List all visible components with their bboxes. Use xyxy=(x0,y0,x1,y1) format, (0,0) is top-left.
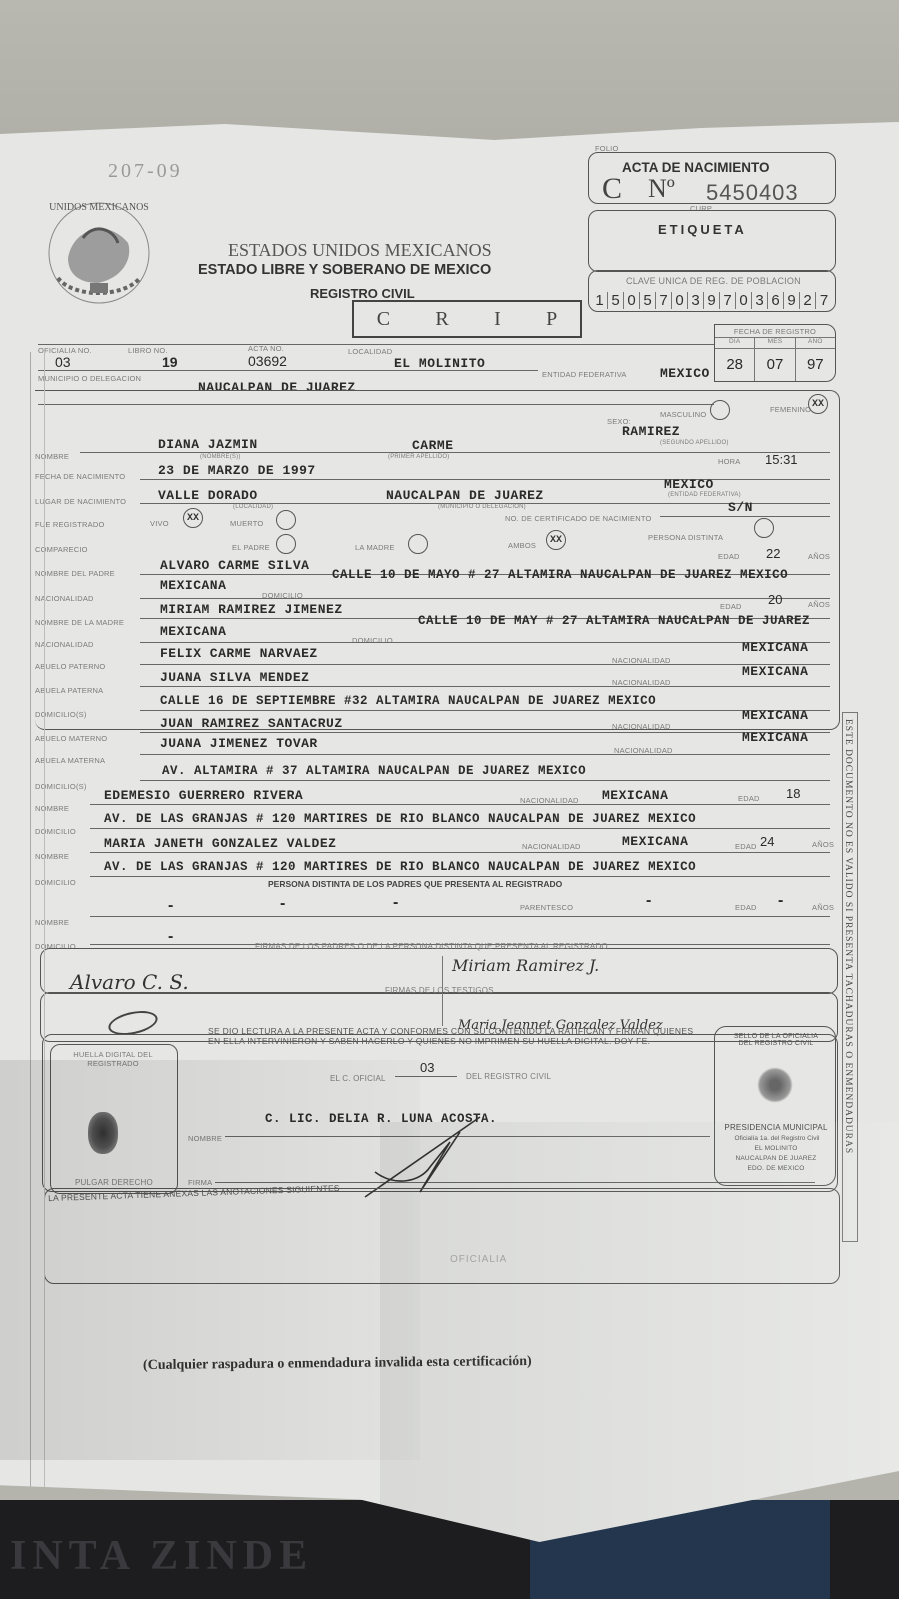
el-padre-checkbox[interactable] xyxy=(276,534,296,554)
mexican-coat-of-arms-icon: UNIDOS MEXICANOS xyxy=(38,188,160,318)
clave-digit: 5 xyxy=(640,292,656,309)
parentesco-empty: - xyxy=(646,892,651,910)
madre-domicilio-value: CALLE 10 DE MAY # 27 ALTAMIRA NAUCALPAN … xyxy=(418,614,810,628)
persona-distinta-nombre-empty: - xyxy=(280,895,285,913)
testigo1-edad-value: 18 xyxy=(786,786,800,801)
underline xyxy=(660,516,830,517)
la-madre-label: LA MADRE xyxy=(355,543,395,552)
crip-letter: R xyxy=(435,308,448,331)
testigo2-edad-value: 24 xyxy=(760,834,774,849)
sello-line5: EDO. DE MEXICO xyxy=(715,1165,837,1172)
abuela-materna-nacionalidad-value: MEXICANA xyxy=(742,730,808,745)
firmas-testigos-label: FIRMAS DE LOS TESTIGOS xyxy=(385,986,494,995)
testigo2-nombre-label: NOMBRE xyxy=(35,852,69,861)
madre-firma: Miriam Ramirez J. xyxy=(452,956,599,975)
clave-digit: 7 xyxy=(656,292,672,309)
nombres-caption: (NOMBRE(S)) xyxy=(200,454,241,460)
domicilio-paternos-value: CALLE 16 DE SEPTIEMBRE #32 ALTAMIRA NAUC… xyxy=(160,694,656,708)
divider xyxy=(38,370,538,371)
etiqueta-label: ETIQUETA xyxy=(658,222,747,237)
persona-distinta-label: PERSONA DISTINTA xyxy=(648,533,723,542)
testigo1-nombre-label: NOMBRE xyxy=(35,804,69,813)
localidad-value: EL MOLINITO xyxy=(394,356,485,371)
segundo-apellido-value: RAMIREZ xyxy=(622,424,680,439)
femenino-label: FEMENINO xyxy=(770,405,811,414)
sello-emblem-icon xyxy=(757,1067,793,1103)
abuelo-materno-label: ABUELO MATERNO xyxy=(35,734,107,743)
la-madre-checkbox[interactable] xyxy=(408,534,428,554)
libro-value: 19 xyxy=(162,354,178,370)
header-country: ESTADOS UNIDOS MEXICANOS xyxy=(228,240,492,261)
certificado-value: S/N xyxy=(728,500,753,515)
clave-digit: 7 xyxy=(720,292,736,309)
padre-domicilio-value: CALLE 10 DE MAYO # 27 ALTAMIRA NAUCALPAN… xyxy=(332,568,788,582)
side-validity-note: ESTE DOCUMENTO NO ES VALIDO SI PRESENTA … xyxy=(842,712,858,1242)
persona-distinta-edad-empty: - xyxy=(778,892,783,910)
crip-box: C R I P xyxy=(352,300,582,338)
testigo2-nacionalidad-value: MEXICANA xyxy=(622,834,688,849)
divider xyxy=(38,344,714,345)
certificado-label: No. DE CERTIFICADO DE NACIMIENTO xyxy=(505,514,652,523)
abuela-paterna-nacionalidad-value: MEXICANA xyxy=(742,664,808,679)
lugar-localidad-value: VALLE DORADO xyxy=(158,488,258,503)
acta-title: ACTA DE NACIMIENTO xyxy=(622,160,770,175)
clave-digit: 1 xyxy=(592,292,608,309)
abuela-paterna-value: JUANA SILVA MENDEZ xyxy=(160,670,309,685)
sello-oficial-stamp: SELLO DE LA OFICIALIA DEL REGISTRO CIVIL… xyxy=(714,1026,836,1186)
abuelo-paterno-value: FELIX CARME NARVAEZ xyxy=(160,646,318,661)
sello-top-text: SELLO DE LA OFICIALIA DEL REGISTRO CIVIL xyxy=(731,1033,821,1047)
underline xyxy=(90,916,830,917)
mes-value: 07 xyxy=(755,349,795,381)
madre-nacionalidad-value: MEXICANA xyxy=(160,624,226,639)
crip-letter: P xyxy=(546,308,557,331)
sello-line3: EL MOLINITO xyxy=(715,1145,837,1152)
lugar-localidad-caption: (LOCALIDAD) xyxy=(233,504,273,510)
persona-distinta-checkbox[interactable] xyxy=(754,518,774,538)
shadow-overlay xyxy=(0,1060,420,1460)
padre-label: NOMBRE DEL PADRE xyxy=(35,569,115,578)
abuelo-materno-nacionalidad-value: MEXICANA xyxy=(742,708,808,723)
persona-distinta-anos-label: AÑOS xyxy=(812,903,834,912)
underline xyxy=(140,686,830,687)
abuelo-materno-value: JUAN RAMIREZ SANTACRUZ xyxy=(160,716,343,731)
svg-text:UNIDOS MEXICANOS: UNIDOS MEXICANOS xyxy=(49,202,149,213)
primer-apellido-caption: (PRIMER APELLIDO) xyxy=(388,454,449,460)
testigo2-domicilio-label: DOMICILIO xyxy=(35,878,76,887)
dia-label: DIA xyxy=(715,338,755,348)
el-padre-label: EL PADRE xyxy=(232,543,270,552)
underline xyxy=(140,732,830,733)
testigo2-nacionalidad-label: NACIONALIDAD xyxy=(522,842,581,851)
crip-letter: C xyxy=(377,308,390,331)
entidad-label: ENTIDAD FEDERATIVA xyxy=(542,370,627,379)
padre-edad-value: 22 xyxy=(766,546,780,561)
underline xyxy=(140,754,830,755)
acta-number-label: Nº xyxy=(648,174,675,204)
lugar-entidad-caption: (ENTIDAD FEDERATIVA) xyxy=(668,492,741,498)
padre-value: ALVARO CARME SILVA xyxy=(160,558,309,573)
clave-digit: 2 xyxy=(800,292,816,309)
localidad-label: LOCALIDAD xyxy=(348,347,392,356)
folio-stamp: 207-09 xyxy=(108,160,183,183)
sello-line1: PRESIDENCIA MUNICIPAL xyxy=(709,1123,843,1132)
underline xyxy=(140,710,830,711)
clave-digit: 5 xyxy=(608,292,624,309)
clave-digit: 6 xyxy=(768,292,784,309)
underline xyxy=(140,780,830,781)
ano-value: 97 xyxy=(796,349,835,381)
madre-anos-label: AÑOS xyxy=(808,600,830,609)
abuela-materna-label: ABUELA MATERNA xyxy=(35,756,105,765)
femenino-checkbox[interactable]: XX xyxy=(808,394,828,414)
primer-apellido-value: CARME xyxy=(412,438,454,453)
oficial-suffix: DEL REGISTRO CIVIL xyxy=(466,1072,551,1081)
parentesco-label: PARENTESCO xyxy=(520,903,573,912)
madre-label: NOMBRE DE LA MADRE xyxy=(35,618,124,627)
masculino-label: MASCULINO xyxy=(660,410,706,419)
abuelo-materno-nacionalidad-label: NACIONALIDAD xyxy=(612,722,671,731)
testigo2-edad-label: EDAD xyxy=(735,842,757,851)
dia-value: 28 xyxy=(715,349,755,381)
padre-nacionalidad-value: MEXICANA xyxy=(160,578,226,593)
curp-clave-digits: 1 5 0 5 7 0 3 9 7 0 3 6 9 2 7 xyxy=(592,292,832,309)
fecha-registro-headers: DIA MES AÑO xyxy=(715,338,835,349)
abuela-materna-value: JUANA JIMENEZ TOVAR xyxy=(160,736,318,751)
underline xyxy=(90,804,830,805)
abuelo-paterno-nacionalidad-value: MEXICANA xyxy=(742,640,808,655)
certificacion-text: SE DIO LECTURA A LA PRESENTE ACTA Y CONF… xyxy=(208,1026,708,1046)
testigo2-nombre-value: MARIA JANETH GONZALEZ VALDEZ xyxy=(104,836,336,851)
underline xyxy=(90,852,830,853)
oficial-num: 03 xyxy=(420,1060,434,1075)
ambos-checkbox[interactable]: XX xyxy=(546,530,566,550)
madre-value: MIRIAM RAMIREZ JIMENEZ xyxy=(160,602,343,617)
vivo-label: VIVO xyxy=(150,519,169,528)
clave-digit: 3 xyxy=(688,292,704,309)
padre-anos-label: AÑOS xyxy=(808,552,830,561)
abuela-paterna-label: ABUELA PATERNA xyxy=(35,686,103,695)
underline xyxy=(140,642,830,643)
fecha-nacimiento-label: FECHA DE NACIMIENTO xyxy=(35,472,125,481)
background-print: INTA ZINDE xyxy=(10,1532,313,1580)
fecha-registro-label: FECHA DE REGISTRO xyxy=(715,325,835,338)
hora-value: 15:31 xyxy=(765,452,798,467)
abuelo-paterno-label: ABUELO PATERNO xyxy=(35,662,105,671)
underline xyxy=(140,479,830,480)
underline xyxy=(140,664,830,665)
padre-edad-label: EDAD xyxy=(718,552,740,561)
testigo1-domicilio-label: DOMICILIO xyxy=(35,827,76,836)
fue-registrado-label: FUE REGISTRADO xyxy=(35,520,104,529)
comparecio-label: COMPARECIO xyxy=(35,545,88,554)
municipio-label: MUNICIPIO O DELEGACION xyxy=(38,374,141,383)
muerto-label: MUERTO xyxy=(230,519,263,528)
persona-distinta-nombre-empty: - xyxy=(393,894,398,912)
persona-distinta-nombre-label: NOMBRE xyxy=(35,918,69,927)
testigo2-anos-label: AÑOS xyxy=(812,840,834,849)
side-validity-text: ESTE DOCUMENTO NO ES VALIDO SI PRESENTA … xyxy=(843,713,853,1154)
persona-distinta-nombre-empty: - xyxy=(168,897,173,915)
oficialia-watermark: OFICIALIA xyxy=(450,1254,507,1265)
oficialia-value: 03 xyxy=(55,354,71,370)
underline xyxy=(140,598,830,599)
mes-label: MES xyxy=(755,338,795,348)
underline xyxy=(90,876,830,877)
vivo-checkbox[interactable]: XX xyxy=(183,508,203,528)
header-office: REGISTRO CIVIL xyxy=(310,286,415,301)
sello-line4: NAUCALPAN DE JUAREZ xyxy=(715,1155,837,1162)
clave-digit: 3 xyxy=(752,292,768,309)
ambos-label: AMBOS xyxy=(508,541,536,550)
testigo2-domicilio-value: AV. DE LAS GRANJAS # 120 MARTIRES DE RIO… xyxy=(104,860,696,874)
curp-clave-label: CLAVE UNICA DE REG. DE POBLACION xyxy=(626,276,801,286)
clave-digit: 0 xyxy=(736,292,752,309)
underline xyxy=(90,828,830,829)
fecha-nacimiento-value: 23 DE MARZO DE 1997 xyxy=(158,463,316,478)
nombres-value: DIANA JAZMIN xyxy=(158,437,258,452)
etiqueta-box xyxy=(588,210,836,272)
clave-digit: 0 xyxy=(624,292,640,309)
padre-firma: Alvaro C. S. xyxy=(70,970,189,994)
clave-digit: 7 xyxy=(816,292,832,309)
domicilio-maternos-value: AV. ALTAMIRA # 37 ALTAMIRA NAUCALPAN DE … xyxy=(162,764,586,778)
ano-label: AÑO xyxy=(796,338,835,348)
hora-label: HORA xyxy=(718,457,740,466)
madre-edad-value: 20 xyxy=(768,592,782,607)
acta-no-value: 03692 xyxy=(248,353,287,369)
nombre-label: NOMBRE xyxy=(35,452,69,461)
firmas-padres-label: FIRMAS DE LOS PADRES O DE LA PERSONA DIS… xyxy=(255,942,608,951)
segundo-apellido-caption: (SEGUNDO APELLIDO) xyxy=(660,440,729,446)
sello-line2: Oficialía 1a. del Registro Civil xyxy=(713,1135,841,1142)
underline xyxy=(80,452,830,453)
clave-digit: 9 xyxy=(704,292,720,309)
fecha-registro-values: 28 07 97 xyxy=(715,349,835,381)
lugar-municipio-caption: (MUNICIPIO O DELEGACION) xyxy=(438,504,526,510)
testigo1-domicilio-value: AV. DE LAS GRANJAS # 120 MARTIRES DE RIO… xyxy=(104,812,696,826)
clave-digit: 9 xyxy=(784,292,800,309)
clave-digit: 0 xyxy=(672,292,688,309)
crip-letter: I xyxy=(494,308,501,331)
domicilio-maternos-label: DOMICILIO(S) xyxy=(35,782,87,791)
fecha-registro-table: FECHA DE REGISTRO DIA MES AÑO 28 07 97 xyxy=(714,324,836,382)
acta-no-label: ACTA No. xyxy=(248,344,284,353)
persona-distinta-edad-label: EDAD xyxy=(735,903,757,912)
madre-domicilio-label: DOMICILIO xyxy=(352,636,393,645)
domicilio-paternos-label: DOMICILIO(S) xyxy=(35,710,87,719)
masculino-checkbox[interactable] xyxy=(710,400,730,420)
acta-serie: C xyxy=(602,172,622,206)
testigo1-nacionalidad-value: MEXICANA xyxy=(602,788,668,803)
lugar-entidad-value: MEXICO xyxy=(664,477,714,492)
lugar-municipio-value: NAUCALPAN DE JUAREZ xyxy=(386,488,544,503)
header-state: ESTADO LIBRE Y SOBERANO DE MEXICO xyxy=(198,262,491,278)
acta-number: 5450403 xyxy=(706,180,799,206)
lugar-nacimiento-label: LUGAR DE NACIMIENTO xyxy=(35,497,126,506)
testigo1-edad-label: EDAD xyxy=(738,794,760,803)
madre-edad-label: EDAD xyxy=(720,602,742,611)
persona-distinta-title: PERSONA DISTINTA DE LOS PADRES QUE PRESE… xyxy=(268,879,562,889)
background-wall xyxy=(0,0,899,140)
entidad-value: MEXICO xyxy=(660,366,710,381)
muerto-checkbox[interactable] xyxy=(276,510,296,530)
testigo1-nombre-value: EDEMESIO GUERRERO RIVERA xyxy=(104,788,303,803)
